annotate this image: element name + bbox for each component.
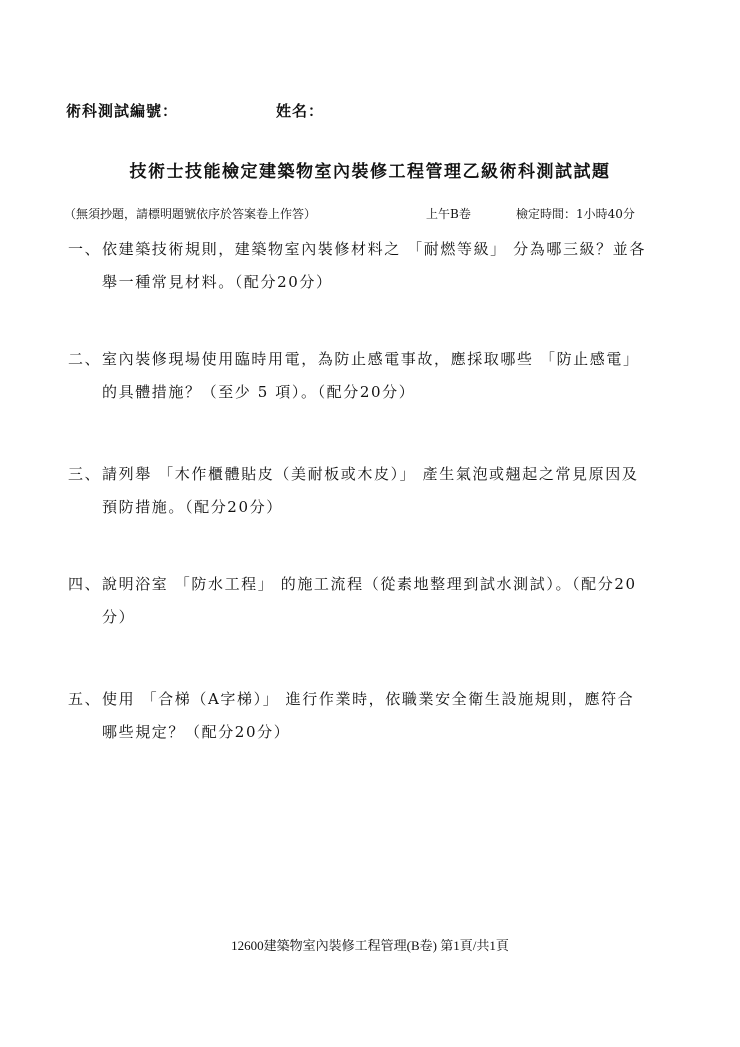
question-text-continued: 舉一種常見材料。（配分20分）: [68, 266, 678, 299]
question-text: 說明浴室 「防水工程」 的施工流程（從素地整理到試水測試）。（配分20: [102, 575, 637, 593]
exam-header: 術科測試編號： 姓名：: [66, 100, 178, 121]
paper-type: 上午B卷: [426, 205, 471, 222]
question-text: 請列舉 「木作櫃體貼皮（美耐板或木皮）」 產生氣泡或翹起之常見原因及: [102, 465, 638, 483]
question-3: 三、請列舉 「木作櫃體貼皮（美耐板或木皮）」 產生氣泡或翹起之常見原因及 預防措…: [68, 458, 678, 524]
question-text-continued: 的具體措施？（至少 5 項）。（配分20分）: [68, 376, 678, 409]
question-text: 室內裝修現場使用臨時用電，為防止感電事故，應採取哪些 「防止感電」: [102, 350, 640, 368]
question-number: 一、: [68, 233, 102, 266]
question-number: 四、: [68, 568, 102, 601]
instruction-note: （無須抄題，請標明題號依序於答案卷上作答）: [64, 207, 316, 221]
question-number: 五、: [68, 683, 102, 716]
exam-instructions: （無須抄題，請標明題號依序於答案卷上作答） 上午B卷 檢定時間：1小時40分: [64, 205, 684, 222]
document-title: 技術士技能檢定建築物室內裝修工程管理乙級術科測試試題: [0, 157, 740, 182]
question-number: 二、: [68, 343, 102, 376]
question-text-continued: 預防措施。（配分20分）: [68, 491, 678, 524]
question-2: 二、室內裝修現場使用臨時用電，為防止感電事故，應採取哪些 「防止感電」 的具體措…: [68, 343, 678, 409]
question-text-continued: 分）: [68, 601, 678, 634]
exam-number-label: 術科測試編號：: [66, 102, 178, 120]
page-footer: 12600建築物室內裝修工程管理(B卷) 第1頁/共1頁: [0, 935, 740, 954]
question-text-continued: 哪些規定？（配分20分）: [68, 716, 678, 749]
question-5: 五、使用 「合梯（A字梯）」 進行作業時，依職業安全衛生設施規則，應符合 哪些規…: [68, 683, 678, 749]
question-4: 四、說明浴室 「防水工程」 的施工流程（從素地整理到試水測試）。（配分20 分）: [68, 568, 678, 634]
exam-duration: 檢定時間：1小時40分: [516, 205, 635, 222]
question-text: 依建築技術規則，建築物室內裝修材料之 「耐燃等級」 分為哪三級？並各: [102, 240, 646, 258]
question-text: 使用 「合梯（A字梯）」 進行作業時，依職業安全衛生設施規則，應符合: [102, 690, 634, 708]
question-1: 一、依建築技術規則，建築物室內裝修材料之 「耐燃等級」 分為哪三級？並各 舉一種…: [68, 233, 678, 299]
candidate-name-label: 姓名：: [276, 100, 324, 121]
question-number: 三、: [68, 458, 102, 491]
